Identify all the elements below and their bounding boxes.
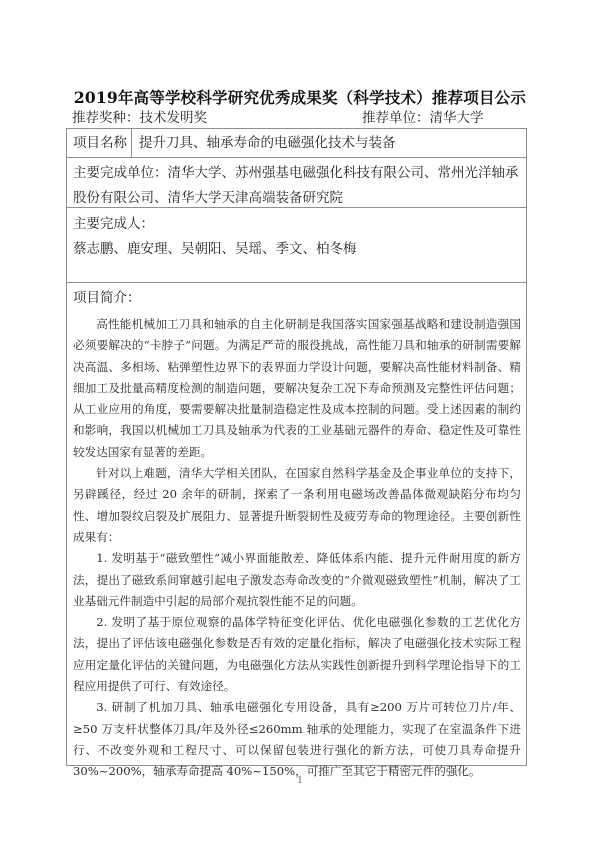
project-intro-label: 项目简介： bbox=[73, 285, 141, 311]
project-intro-row: 项目简介： 高性能机械加工刀具和轴承的自主化研制是我国落实国家强基战略和建设制造… bbox=[67, 283, 526, 765]
project-info-table: 项目名称 提升刀具、轴承寿命的电磁强化技术与装备 主要完成单位：清华大学、苏州强… bbox=[66, 128, 527, 766]
award-type-value: 技术发明奖 bbox=[140, 110, 208, 126]
intro-paragraph: 针对以上难题，清华大学相关团队，在国家自然科学基金及企事业单位的支持下，另辟蹊径… bbox=[73, 463, 521, 548]
recommending-unit: 推荐单位：清华大学 bbox=[362, 106, 484, 126]
recommendation-meta: 推荐奖种：技术发明奖 推荐单位：清华大学 bbox=[72, 103, 532, 125]
recommending-unit-label: 推荐单位： bbox=[362, 110, 430, 126]
completers-label: 主要完成人： bbox=[73, 212, 520, 237]
award-type-label: 推荐奖种： bbox=[72, 110, 140, 126]
intro-paragraph: 3. 研制了机加刀具、轴承电磁强化专用设备，具有≥200 万片可转位刀片/年、≥… bbox=[73, 697, 521, 782]
intro-paragraph: 1. 发明基于“磁致塑性”减小界面能散差、降低体系内能、提升元件耐用度的新方法，… bbox=[73, 548, 521, 612]
project-name-row: 项目名称 提升刀具、轴承寿命的电磁强化技术与装备 bbox=[67, 129, 526, 158]
completers-row: 主要完成人： 蔡志鹏、鹿安理、吴朝阳、吴瑶、季文、柏冬梅 bbox=[67, 208, 526, 283]
completion-units: 主要完成单位：清华大学、苏州强基电磁强化科技有限公司、常州光洋轴承股份有限公司、… bbox=[73, 161, 520, 211]
recommending-unit-value: 清华大学 bbox=[430, 110, 484, 126]
completion-units-row: 主要完成单位：清华大学、苏州强基电磁强化科技有限公司、常州光洋轴承股份有限公司、… bbox=[67, 158, 526, 208]
completers-names: 蔡志鹏、鹿安理、吴朝阳、吴瑶、季文、柏冬梅 bbox=[73, 237, 520, 262]
completion-units-label: 主要完成单位： bbox=[73, 165, 168, 181]
project-name-label: 项目名称 bbox=[67, 129, 132, 157]
project-name-value: 提升刀具、轴承寿命的电磁强化技术与装备 bbox=[139, 129, 396, 158]
page-number: 1 bbox=[0, 776, 600, 786]
intro-paragraph: 2. 发明了基于原位观察的晶体学特征变化评估、优化电磁强化参数的工艺优化方法，提… bbox=[73, 612, 521, 697]
project-intro-body: 高性能机械加工刀具和轴承的自主化研制是我国落实国家强基战略和建设制造强国必须要解… bbox=[73, 314, 521, 783]
intro-paragraph: 高性能机械加工刀具和轴承的自主化研制是我国落实国家强基战略和建设制造强国必须要解… bbox=[73, 314, 521, 463]
award-type: 推荐奖种：技术发明奖 bbox=[72, 106, 207, 126]
